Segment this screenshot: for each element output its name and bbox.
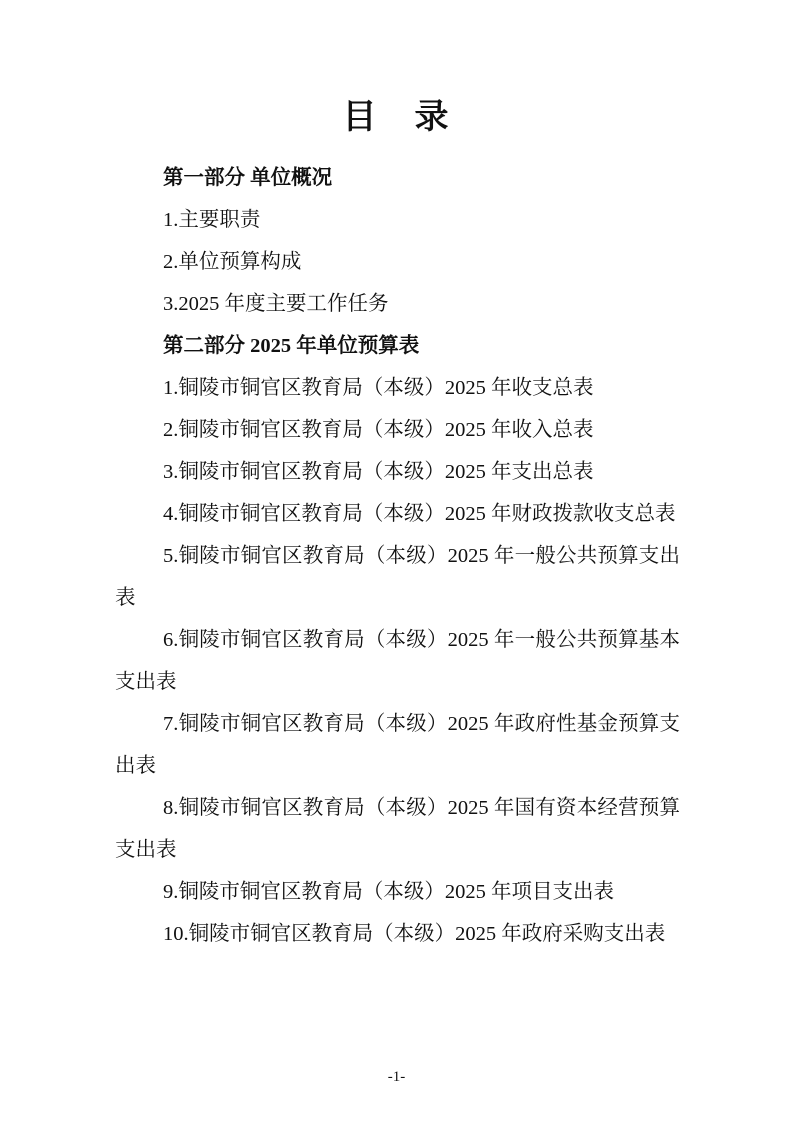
- toc-body: 第一部分 单位概况 1.主要职责 2.单位预算构成 3.2025 年度主要工作任…: [115, 157, 680, 955]
- section-heading-part2: 第二部分 2025 年单位预算表: [115, 325, 680, 367]
- toc-item-part2-8: 8.铜陵市铜官区教育局（本级）2025 年国有资本经营预算支出表: [115, 787, 680, 871]
- toc-item-part1-2: 2.单位预算构成: [115, 241, 680, 283]
- toc-item-part2-10: 10.铜陵市铜官区教育局（本级）2025 年政府采购支出表: [115, 913, 680, 955]
- section-heading-part1: 第一部分 单位概况: [115, 157, 680, 199]
- toc-item-part2-2: 2.铜陵市铜官区教育局（本级）2025 年收入总表: [115, 409, 680, 451]
- toc-item-part1-1: 1.主要职责: [115, 199, 680, 241]
- toc-item-part2-5: 5.铜陵市铜官区教育局（本级）2025 年一般公共预算支出表: [115, 535, 680, 619]
- toc-item-part2-9: 9.铜陵市铜官区教育局（本级）2025 年项目支出表: [115, 871, 680, 913]
- toc-item-part2-4: 4.铜陵市铜官区教育局（本级）2025 年财政拨款收支总表: [115, 493, 680, 535]
- toc-item-part2-7: 7.铜陵市铜官区教育局（本级）2025 年政府性基金预算支出表: [115, 703, 680, 787]
- toc-item-part2-3: 3.铜陵市铜官区教育局（本级）2025 年支出总表: [115, 451, 680, 493]
- page-number: -1-: [0, 1068, 793, 1086]
- toc-item-part1-3: 3.2025 年度主要工作任务: [115, 283, 680, 325]
- document-page: 目 录 第一部分 单位概况 1.主要职责 2.单位预算构成 3.2025 年度主…: [0, 0, 793, 1122]
- doc-title: 目 录: [0, 0, 793, 140]
- toc-item-part2-6: 6.铜陵市铜官区教育局（本级）2025 年一般公共预算基本支出表: [115, 619, 680, 703]
- toc-item-part2-1: 1.铜陵市铜官区教育局（本级）2025 年收支总表: [115, 367, 680, 409]
